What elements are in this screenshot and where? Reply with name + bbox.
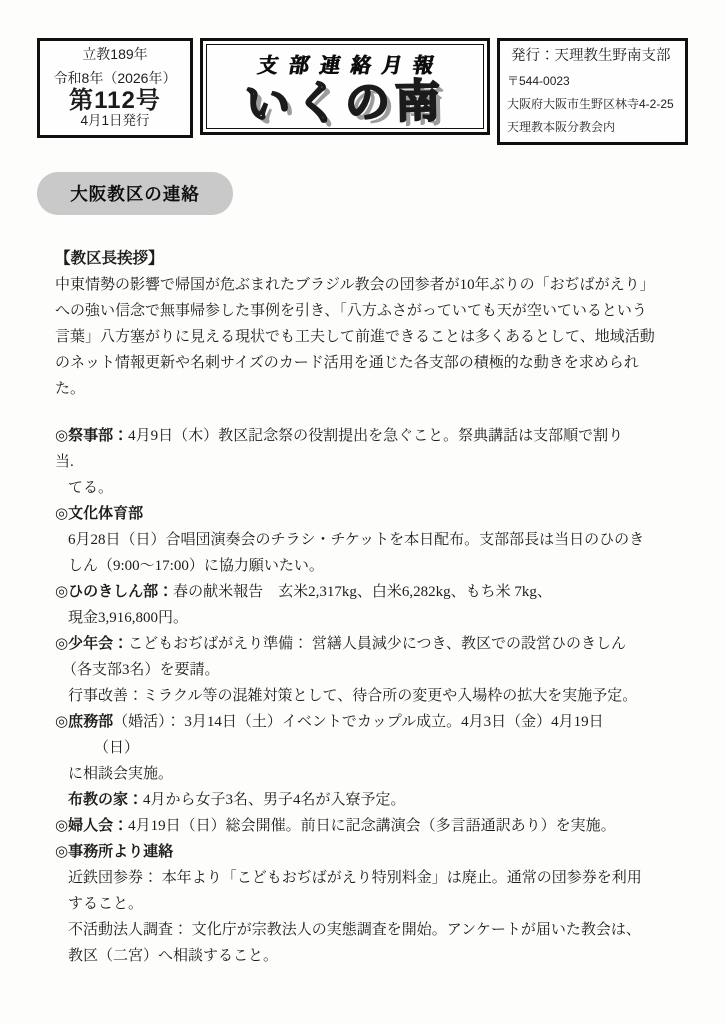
line-text: すること。 <box>68 896 143 912</box>
bold-label: ◎庶務部 <box>55 713 113 730</box>
department-notices: ◎祭事部：4月9日（木）教区記念祭の役割提出を急ぐこと。祭典講話は支部順で割り … <box>55 423 692 969</box>
line-text: しん（9:00～17:00）に協力願いたい。 <box>68 558 324 574</box>
greeting-line: への強い信念で無事帰参した事例を引き、「八方ふさがっていても天が空いているという <box>55 298 692 324</box>
line-text: こどもおぢばがえり準備： 営繕人員減少につき、教区での設営ひのきしん <box>128 636 626 652</box>
line-text: （各支部3名）を要請。 <box>62 662 220 678</box>
line-text: 春の献米報告 玄米2,317kg、白米6,282kg、もち米 7kg、 <box>173 584 552 600</box>
issue-number: 第112号 <box>69 88 161 113</box>
notice-line-hinokishin: ◎ひのきしん部：春の献米報告 玄米2,317kg、白米6,282kg、もち米 7… <box>55 579 692 605</box>
line-text: 教区（二宮）へ相談すること。 <box>68 948 278 964</box>
greeting-line: た。 <box>55 376 692 402</box>
postal-code: 〒544-0023 <box>507 75 678 87</box>
bold-label: ◎文化体育部 <box>55 505 143 522</box>
newsletter-page: 立教189年 令和8年（2026年） 第112号 4月1日発行 支部連絡月報 い… <box>0 0 725 1024</box>
issue-info-box: 立教189年 令和8年（2026年） 第112号 4月1日発行 <box>37 38 193 138</box>
line-text: 当. <box>55 454 74 470</box>
line-text: 行事改善：ミラクル等の混雑対策として、待合所の変更や入場枠の拡大を実施予定。 <box>68 688 637 704</box>
line-text: 現金3,916,800円。 <box>68 610 188 626</box>
notice-line: すること。 <box>55 891 692 917</box>
notice-line: に相談会実施。 <box>55 761 692 787</box>
line-text: 不活動法人調査： 文化庁が宗教法人の実態調査を開始。アンケートが届いた教会は、 <box>68 922 641 938</box>
bold-label: 布教の家： <box>68 791 143 808</box>
bold-label: ◎祭事部： <box>55 427 128 444</box>
notice-line: てる。 <box>55 475 692 501</box>
publisher-box: 発行：天理教生野南支部 〒544-0023 大阪府大阪市生野区林寺4-2-25 … <box>497 38 688 145</box>
masthead-title: 支部連絡月報 <box>244 48 446 78</box>
calendar-year: 令和8年（2026年） <box>54 70 177 88</box>
bold-label: ◎事務所より連絡 <box>55 843 173 860</box>
line-text: （日） <box>94 740 139 756</box>
bold-label: ◎ひのきしん部： <box>55 583 173 600</box>
notice-line-shomubu: ◎庶務部（婚活）： 3月14日（土）イベントでカップル成立。4月3日（金）4月1… <box>55 709 692 735</box>
notice-line-shonenkai: ◎少年会：こどもおぢばがえり準備： 営繕人員減少につき、教区での設営ひのきしん <box>55 631 692 657</box>
line-text: 4月19日（日）総会開催。前日に記念講演会（多言語通訳あり）を実施。 <box>128 818 616 834</box>
line-text: 6月28日（日）合唱団演奏会のチラシ・チケットを本日配布。支部部長は当日のひのき <box>68 532 644 548</box>
bold-label: ◎少年会： <box>55 635 128 652</box>
notice-line: 近鉄団参券： 本年より「こどもおぢばがえり特別料金」は廃止。通常の団参券を利用 <box>55 865 692 891</box>
line-text: （婚活）： 3月14日（土）イベントでカップル成立。4月3日（金）4月19日 <box>113 714 604 730</box>
notice-line-saijibu: ◎祭事部：4月9日（木）教区記念祭の役割提出を急ぐこと。祭典講話は支部順で割り <box>55 423 692 449</box>
notice-line: 現金3,916,800円。 <box>55 605 692 631</box>
era-year: 立教189年 <box>82 46 147 64</box>
line-text: 4月から女子3名、男子4名が入寮予定。 <box>143 792 406 808</box>
masthead-logo: いくの南 <box>245 78 446 126</box>
publisher-name: 発行：天理教生野南支部 <box>507 49 678 64</box>
notice-line: 6月28日（日）合唱団演奏会のチラシ・チケットを本日配布。支部部長は当日のひのき <box>55 527 692 553</box>
notice-line: 行事改善：ミラクル等の混雑対策として、待合所の変更や入場枠の拡大を実施予定。 <box>55 683 692 709</box>
line-text: に相談会実施。 <box>68 766 173 782</box>
masthead-box: 支部連絡月報 いくの南 <box>200 38 490 135</box>
body-content: 【教区長挨拶】 中東情勢の影響で帰国が危ぶまれたブラジル教会の団参者が10年ぶり… <box>55 246 692 969</box>
masthead-inner-frame: 支部連絡月報 いくの南 <box>206 44 484 129</box>
greeting-line: 中東情勢の影響で帰国が危ぶまれたブラジル教会の団参者が10年ぶりの「おぢばがえり… <box>55 272 692 298</box>
notice-line: 当. <box>55 449 692 475</box>
notice-line-bunkataiiku: ◎文化体育部 <box>55 501 692 527</box>
line-text: 近鉄団参券： 本年より「こどもおぢばがえり特別料金」は廃止。通常の団参券を利用 <box>68 870 642 886</box>
publisher-location: 天理教本阪分教会内 <box>507 121 678 133</box>
notice-line-fukyonoie: 布教の家：4月から女子3名、男子4名が入寮予定。 <box>55 787 692 813</box>
publisher-address: 大阪府大阪市生野区林寺4-2-25 <box>507 98 678 110</box>
publish-date: 4月1日発行 <box>80 113 149 130</box>
notice-line: （日） <box>55 735 692 761</box>
bold-label: ◎婦人会： <box>55 817 128 834</box>
greeting-heading: 【教区長挨拶】 <box>55 246 692 272</box>
notice-line-fujinkai: ◎婦人会：4月19日（日）総会開催。前日に記念講演会（多言語通訳あり）を実施。 <box>55 813 692 839</box>
notice-line: しん（9:00～17:00）に協力願いたい。 <box>55 553 692 579</box>
greeting-line: 言葉」八方塞がりに見える現状でも工夫して前進できることは多くあるとして、地域活動 <box>55 324 692 350</box>
line-text: 4月9日（木）教区記念祭の役割提出を急ぐこと。祭典講話は支部順で割り <box>128 428 623 444</box>
greeting-line: のネット情報更新や名刺サイズのカード活用を通じた各支部の積極的な動きを求められ <box>55 350 692 376</box>
header: 立教189年 令和8年（2026年） 第112号 4月1日発行 支部連絡月報 い… <box>37 38 688 145</box>
notice-line-jimusho: ◎事務所より連絡 <box>55 839 692 865</box>
section-badge: 大阪教区の連絡 <box>37 172 233 215</box>
notice-line: 教区（二宮）へ相談すること。 <box>55 943 692 969</box>
line-text: てる。 <box>68 480 113 496</box>
notice-line: 不活動法人調査： 文化庁が宗教法人の実態調査を開始。アンケートが届いた教会は、 <box>55 917 692 943</box>
notice-line: （各支部3名）を要請。 <box>55 657 692 683</box>
